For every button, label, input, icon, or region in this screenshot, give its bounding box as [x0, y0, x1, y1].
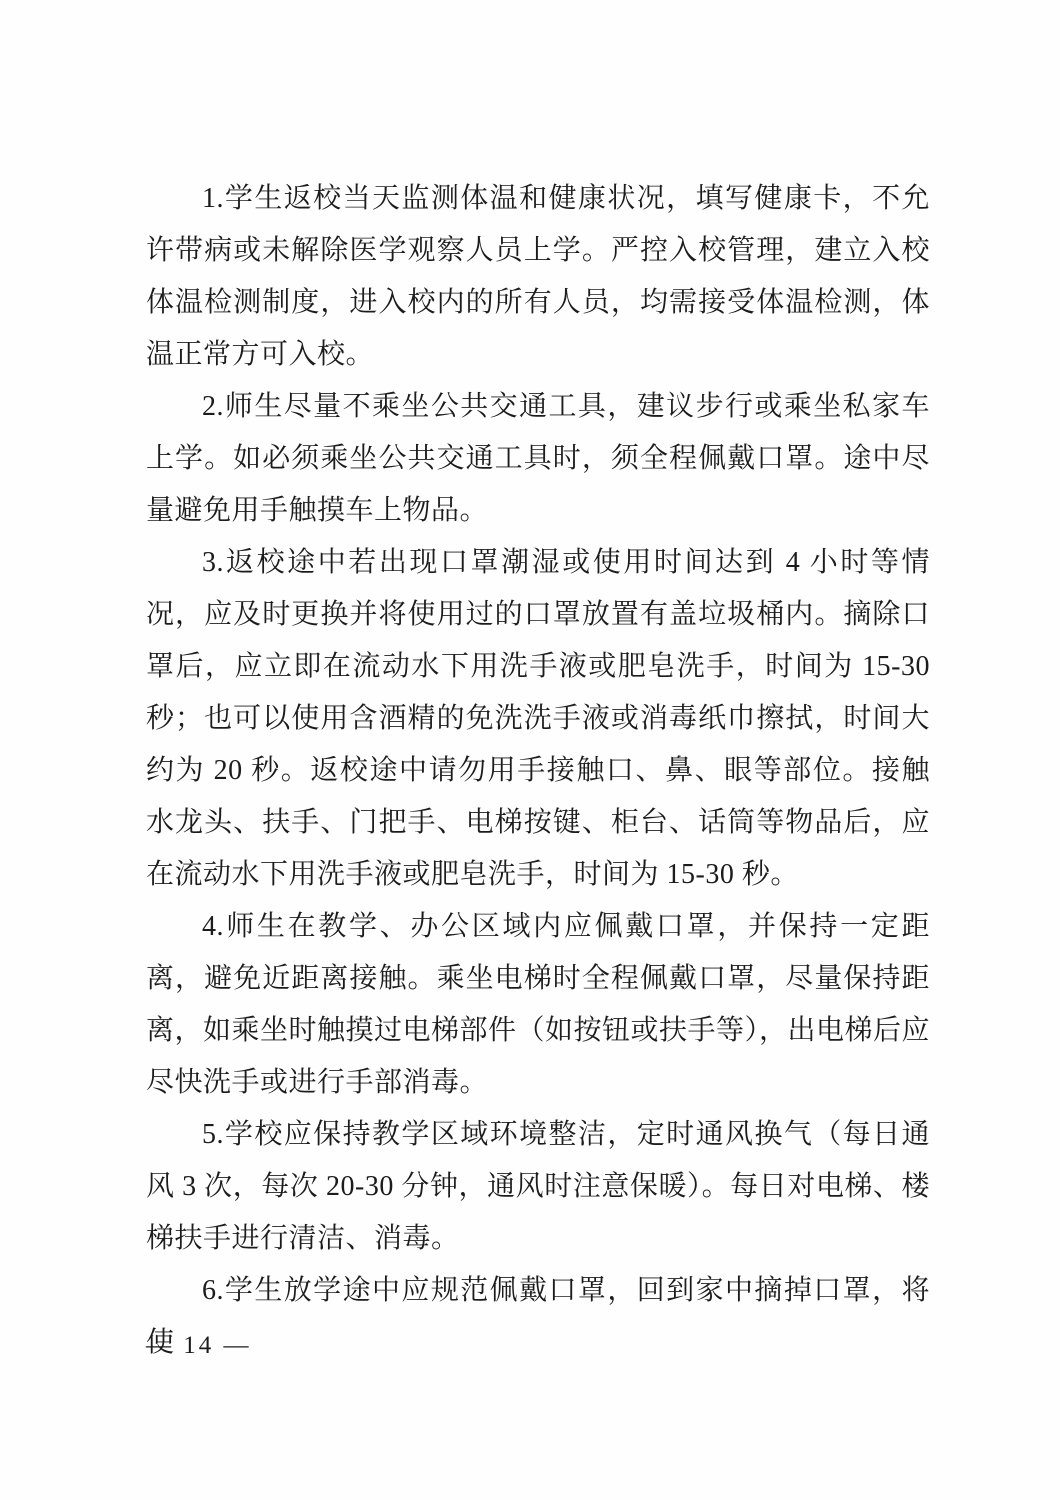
paragraph-6: 6.学生放学途中应规范佩戴口罩，回到家中摘掉口罩，将使	[146, 1265, 930, 1369]
page-number: — 14 —	[146, 1332, 252, 1360]
document-body: 1.学生返校当天监测体温和健康状况，填写健康卡，不允许带病或未解除医学观察人员上…	[146, 173, 930, 1369]
paragraph-3: 3.返校途中若出现口罩潮湿或使用时间达到 4 小时等情况，应及时更换并将使用过的…	[146, 537, 930, 901]
paragraph-5: 5.学校应保持教学区域环境整洁，定时通风换气（每日通风 3 次，每次 20-30…	[146, 1109, 930, 1265]
document-page: 1.学生返校当天监测体温和健康状况，填写健康卡，不允许带病或未解除医学观察人员上…	[0, 0, 1060, 1500]
paragraph-1: 1.学生返校当天监测体温和健康状况，填写健康卡，不允许带病或未解除医学观察人员上…	[146, 173, 930, 381]
paragraph-2: 2.师生尽量不乘坐公共交通工具，建议步行或乘坐私家车上学。如必须乘坐公共交通工具…	[146, 381, 930, 537]
paragraph-4: 4.师生在教学、办公区域内应佩戴口罩，并保持一定距离，避免近距离接触。乘坐电梯时…	[146, 901, 930, 1109]
